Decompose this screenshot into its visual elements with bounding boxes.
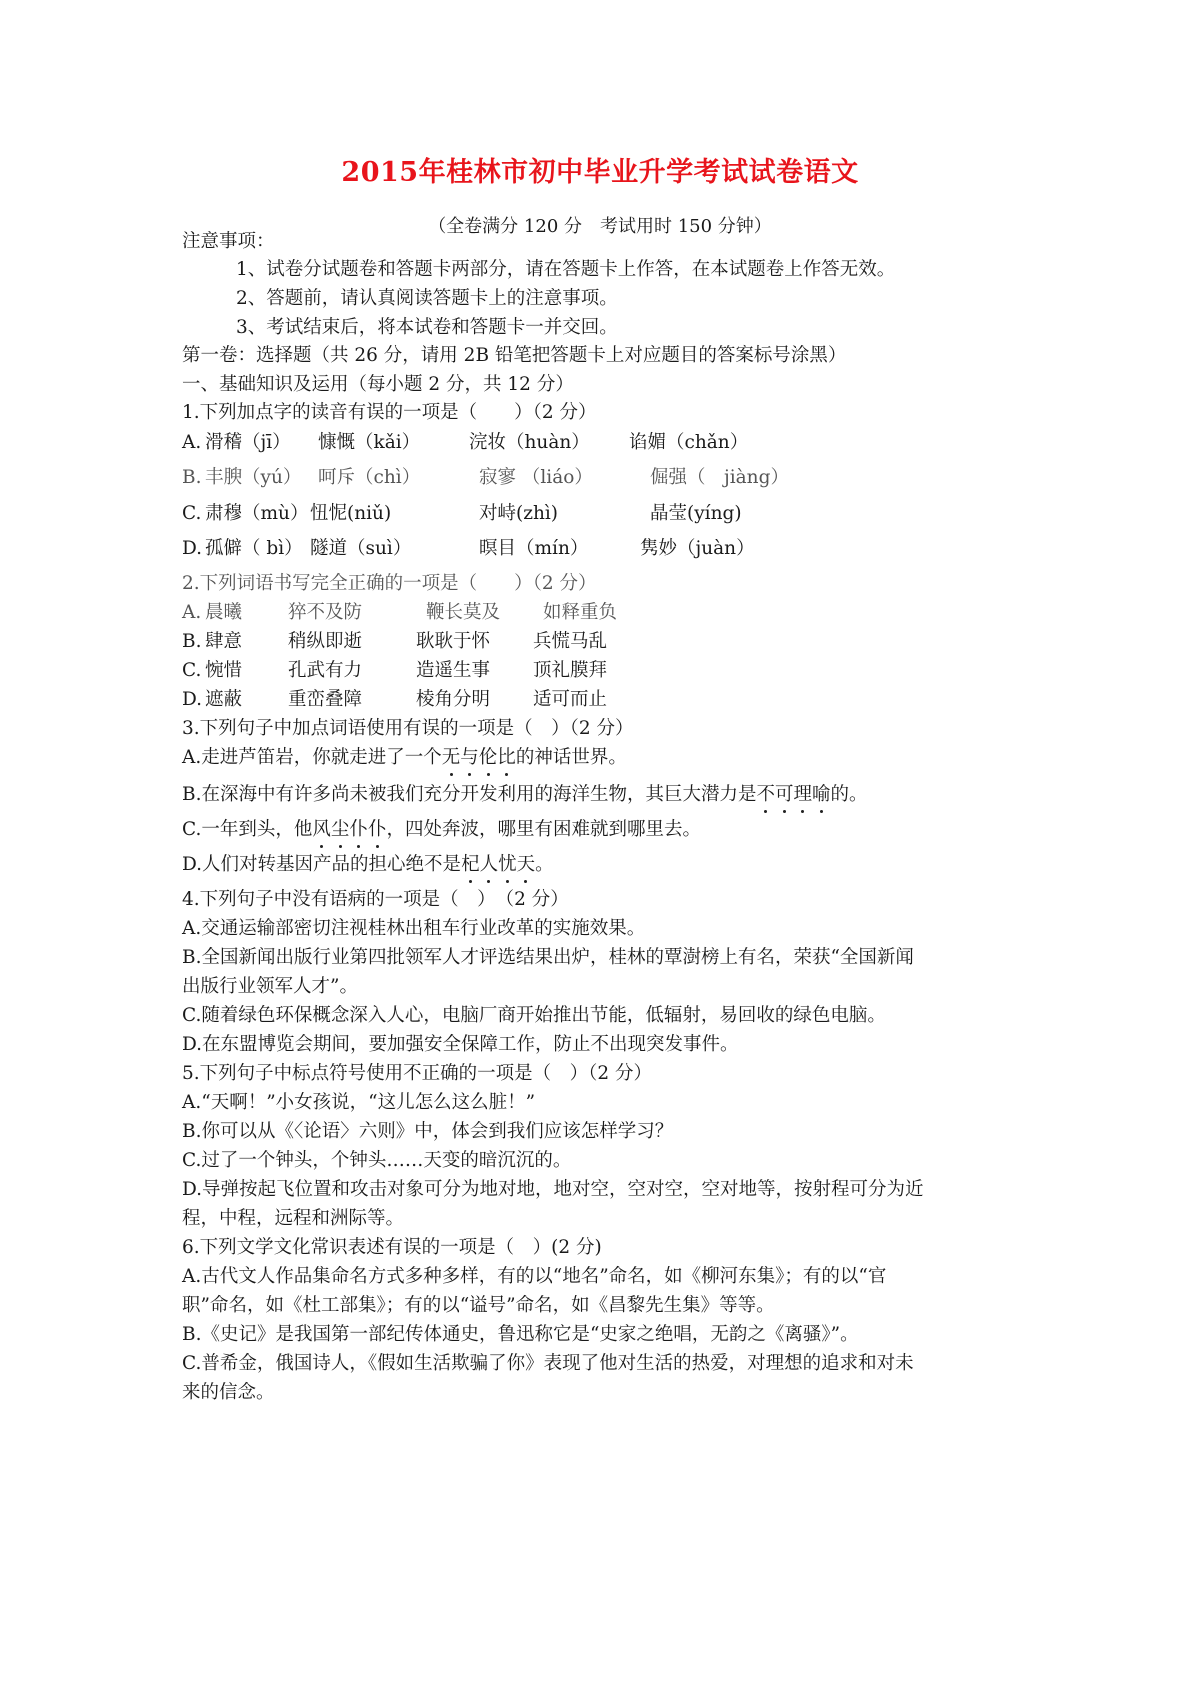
- option-item: 晨曦: [205, 601, 242, 625]
- option-item: 棱角分明: [416, 688, 490, 712]
- option-item: 呵斥（chì）: [318, 466, 420, 490]
- sentence-text: D.人们对转基因产品的担心绝不是: [182, 854, 461, 875]
- sentence-text: 的。: [831, 784, 868, 805]
- sentence-text: C.一年到头，他: [182, 819, 312, 840]
- question-2-stem: 2.下列词语书写完全正确的一项是（ ）（2 分）: [182, 572, 597, 596]
- option-item: 孤僻（ bì）: [205, 537, 303, 561]
- question-5-line: 程，中程，远程和洲际等。: [182, 1207, 404, 1231]
- option-item: 如释重负: [543, 601, 617, 625]
- option-item: 猝不及防: [288, 601, 362, 625]
- notice-item: 1、试卷分试题卷和答题卡两部分，请在答题卡上作答，在本试题卷上作答无效。: [236, 258, 895, 282]
- option-item: 倔强（ jiàng）: [650, 466, 789, 490]
- question-4-line: A.交通运输部密切注视桂林出租车行业改革的实施效果。: [182, 917, 645, 941]
- option-item: 晶莹(yíng): [650, 502, 742, 526]
- option-label: C.: [182, 502, 201, 526]
- option-item: 谄媚（chǎn）: [629, 431, 748, 455]
- option-item: 兵慌马乱: [533, 630, 607, 654]
- question-6-line: B.《史记》是我国第一部纪传体通史，鲁迅称它是“史家之绝唱，无韵之《离骚》”。: [182, 1323, 859, 1347]
- question-4-line: B.全国新闻出版行业第四批领军人才评选结果出炉，桂林的覃澍榜上有名，荣获“全国新…: [182, 946, 914, 970]
- question-3-option-a: A.走进芦笛岩，你就走进了一个无与伦比的神话世界。: [182, 746, 627, 770]
- dotted-word: 风尘仆仆: [312, 819, 386, 840]
- option-item: 造遥生事: [416, 659, 490, 683]
- question-6-line: A.古代文人作品集命名方式多种多样，有的以“地名”命名，如《柳河东集》；有的以“…: [182, 1265, 886, 1289]
- question-4-line: 出版行业领军人才”。: [182, 975, 358, 999]
- option-item: 对峙(zhì): [479, 502, 558, 526]
- question-3-option-d: D.人们对转基因产品的担心绝不是杞人忧天。: [182, 853, 554, 877]
- question-6-line: 职”命名，如《杜工部集》；有的以“谥号”命名，如《昌黎先生集》等等。: [182, 1294, 775, 1318]
- option-label: D.: [182, 537, 202, 561]
- question-3-stem: 3.下列句子中加点词语使用有误的一项是（ ）（2 分）: [182, 717, 634, 741]
- option-label: B.: [182, 630, 201, 654]
- option-label: A.: [182, 431, 201, 455]
- option-item: 顶礼膜拜: [533, 659, 607, 683]
- question-5-line: B.你可以从《〈论语〉六则》中，体会到我们应该怎样学习？: [182, 1120, 673, 1144]
- option-item: 耿耿于怀: [416, 630, 490, 654]
- option-item: 滑稽（jī）: [205, 431, 291, 455]
- option-item: 隽妙（juàn）: [640, 537, 755, 561]
- part1-heading: 第一卷：选择题（共 26 分，请用 2B 铅笔把答题卡上对应题目的答案标号涂黑）: [182, 344, 846, 368]
- question-6-line: C.普希金，俄国诗人，《假如生活欺骗了你》表现了他对生活的热爱，对理想的追求和对…: [182, 1352, 914, 1376]
- sentence-text: B.在深海中有许多尚未被我们充分开发利用的海洋生物，其巨大潜力是: [182, 784, 756, 805]
- option-item: 寂寥 （liáo）: [479, 466, 593, 490]
- exam-subtitle: （全卷满分 120 分 考试用时 150 分钟）: [0, 212, 1200, 238]
- dotted-word: 不可理喻: [756, 784, 830, 805]
- question-6-stem: 6.下列文学文化常识表述有误的一项是（ ）(2 分): [182, 1236, 602, 1260]
- question-5-line: A.“天啊！”小女孩说，“这儿怎么这么脏！”: [182, 1091, 535, 1115]
- option-item: 慷慨（kǎi）: [318, 431, 420, 455]
- sentence-text: ，四处奔波，哪里有困难就到哪里去。: [386, 819, 701, 840]
- option-item: 隧道（suì）: [310, 537, 411, 561]
- option-item: 忸怩(niǔ): [310, 502, 391, 526]
- option-item: 适可而止: [533, 688, 607, 712]
- option-item: 浣妆（huàn）: [469, 431, 590, 455]
- notice-heading: 注意事项：: [182, 230, 275, 254]
- option-item: 肆意: [205, 630, 242, 654]
- option-item: 暝目（mín）: [479, 537, 588, 561]
- option-label: B.: [182, 466, 201, 490]
- sentence-text: 。: [535, 854, 554, 875]
- option-label: A.: [182, 601, 201, 625]
- section1-heading: 一、基础知识及运用（每小题 2 分，共 12 分）: [182, 373, 574, 397]
- option-item: 丰腴（yú）: [205, 466, 301, 490]
- dotted-word: 杞人忧天: [461, 854, 535, 875]
- option-label: D.: [182, 688, 202, 712]
- option-label: C.: [182, 659, 201, 683]
- notice-item: 3、考试结束后，将本试卷和答题卡一并交回。: [236, 316, 618, 340]
- question-4-line: C.随着绿色环保概念深入人心，电脑厂商开始推出节能，低辐射，易回收的绿色电脑。: [182, 1004, 886, 1028]
- question-3-option-c: C.一年到头，他风尘仆仆，四处奔波，哪里有困难就到哪里去。: [182, 818, 701, 842]
- option-item: 鞭长莫及: [426, 601, 500, 625]
- option-item: 惋惜: [205, 659, 242, 683]
- question-5-line: D.导弹按起飞位置和攻击对象可分为地对地，地对空，空对空，空对地等，按射程可分为…: [182, 1178, 924, 1202]
- question-5-line: C.过了一个钟头，个钟头……天变的暗沉沉的。: [182, 1149, 571, 1173]
- option-item: 稍纵即逝: [288, 630, 362, 654]
- option-item: 肃穆（mù）: [205, 502, 308, 526]
- question-5-stem: 5.下列句子中标点符号使用不正确的一项是（ ）（2 分）: [182, 1062, 652, 1086]
- option-item: 遮蔽: [205, 688, 242, 712]
- question-4-line: D.在东盟博览会期间，要加强安全保障工作，防止不出现突发事件。: [182, 1033, 739, 1057]
- notice-item: 2、答题前，请认真阅读答题卡上的注意事项。: [236, 287, 618, 311]
- option-item: 孔武有力: [288, 659, 362, 683]
- exam-title: 2015年桂林市初中毕业升学考试试卷语文: [0, 150, 1200, 189]
- dotted-word: 无与伦比: [442, 747, 516, 768]
- question-6-line: 来的信念。: [182, 1381, 275, 1405]
- question-3-option-b: B.在深海中有许多尚未被我们充分开发利用的海洋生物，其巨大潜力是不可理喻的。: [182, 783, 868, 807]
- sentence-text: A.走进芦笛岩，你就走进了一个: [182, 747, 442, 768]
- option-item: 重峦叠障: [288, 688, 362, 712]
- question-1-stem: 1.下列加点字的读音有误的一项是（ ）（2 分）: [182, 401, 597, 425]
- question-4-stem: 4.下列句子中没有语病的一项是（ ） （2 分）: [182, 888, 569, 912]
- sentence-text: 的神话世界。: [516, 747, 627, 768]
